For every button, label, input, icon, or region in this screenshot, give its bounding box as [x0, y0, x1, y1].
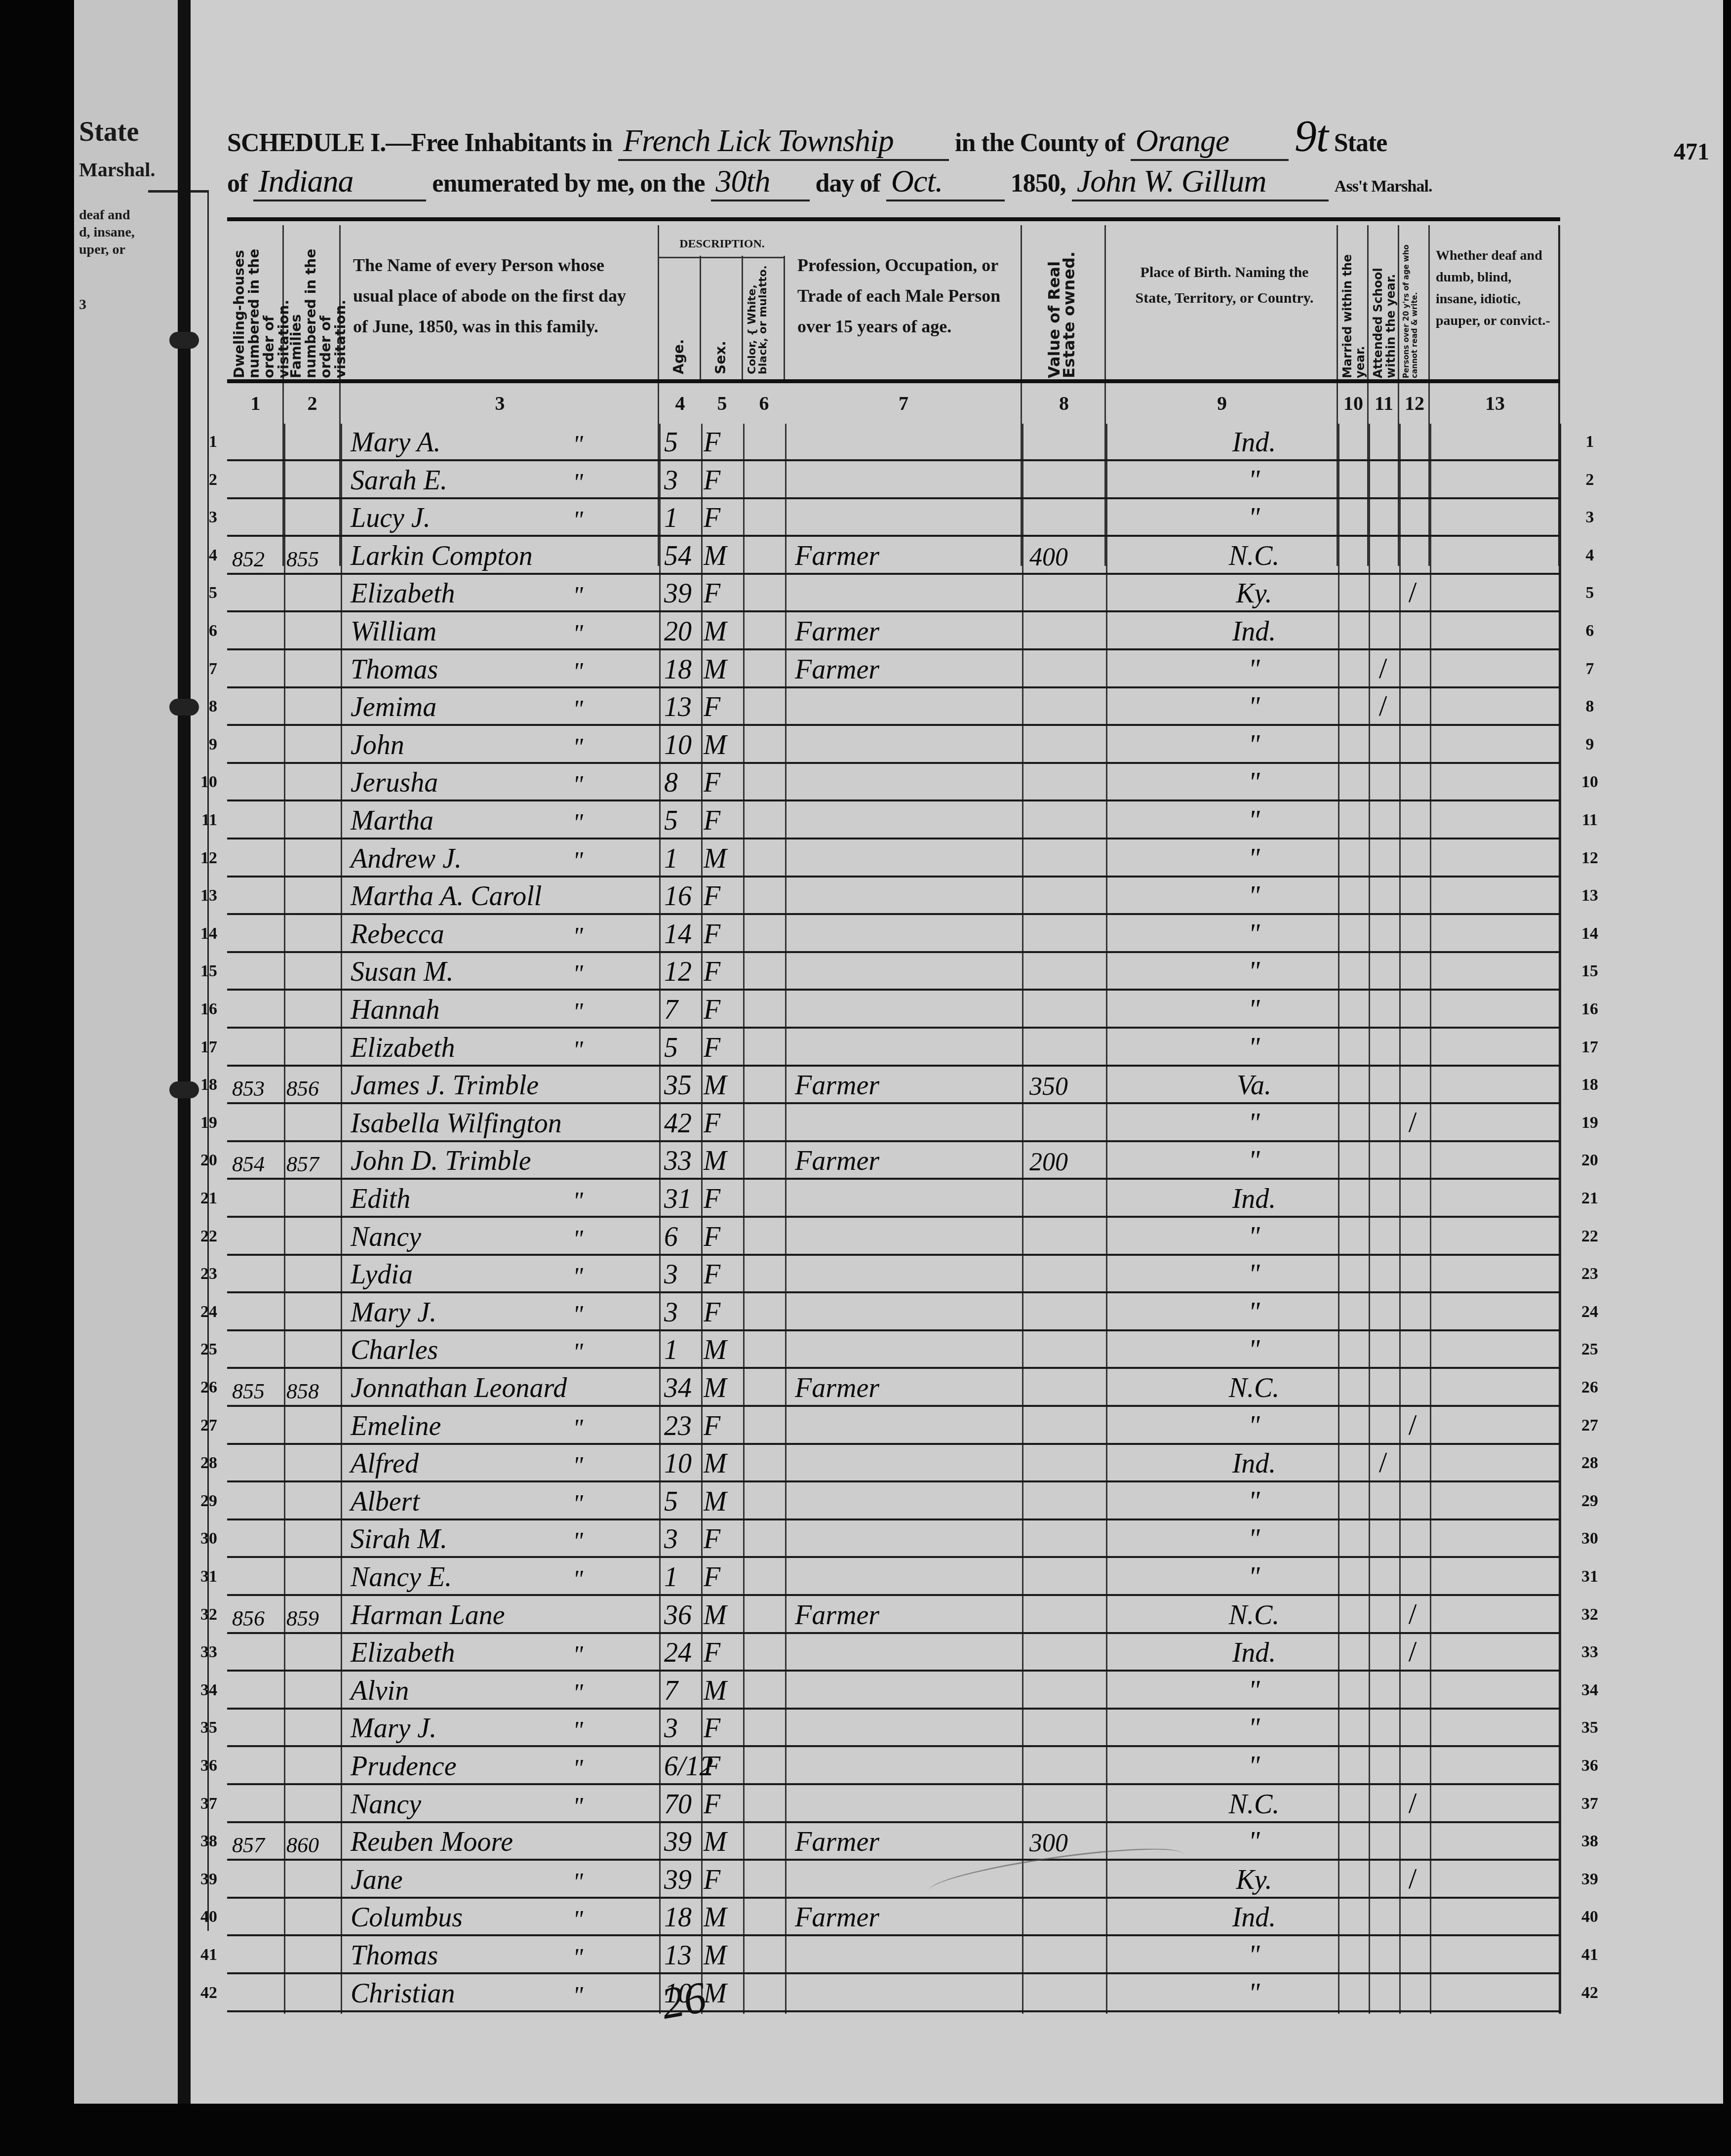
cannot-read-mark: /: [1398, 1637, 1427, 1669]
adjacent-column-number: 3: [79, 296, 86, 313]
person-name: Sirah M.: [351, 1523, 578, 1555]
dwelling-number: [232, 1221, 284, 1253]
school-mark: [1369, 843, 1397, 875]
person-name: Elizabeth: [351, 578, 578, 609]
census-form: Dwelling-houses numbered in the order of…: [227, 217, 1560, 1979]
occupation: [795, 1334, 992, 1366]
person-name: Sarah E.: [351, 465, 578, 496]
married-mark: [1339, 1523, 1368, 1555]
condition: [1432, 616, 1555, 647]
person-name: Martha A. Caroll: [351, 880, 578, 912]
school-mark: [1369, 1108, 1397, 1139]
school-mark: /: [1369, 1448, 1397, 1479]
cannot-read-mark: [1398, 843, 1427, 875]
birthplace: ": [1155, 1751, 1353, 1782]
family-number: [286, 1334, 341, 1366]
birthplace: N.C.: [1155, 1789, 1353, 1820]
table-row: 32 856 859 Harman Lane 36 M Farmer N.C. …: [227, 1597, 1560, 1634]
occupation: [795, 502, 992, 534]
school-mark: [1369, 1070, 1397, 1101]
surname-ditto: [573, 1070, 602, 1101]
cannot-read-mark: [1398, 1826, 1427, 1858]
sex: M: [704, 1826, 743, 1858]
real-estate-value: [1029, 1221, 1108, 1253]
occupation: Farmer: [795, 1145, 992, 1177]
real-estate-value: [1029, 1183, 1108, 1215]
age: 7: [664, 994, 704, 1026]
school-mark: [1369, 729, 1397, 761]
married-mark: [1339, 1448, 1368, 1479]
school-mark: [1369, 1334, 1397, 1366]
sex: F: [704, 1561, 743, 1593]
family-number: [286, 1940, 341, 1971]
cannot-read-mark: /: [1398, 1599, 1427, 1631]
county-field: Orange: [1131, 122, 1289, 161]
age: 13: [664, 691, 704, 723]
person-name: Isabella Wilfington: [351, 1108, 578, 1139]
sex: F: [704, 1523, 743, 1555]
line-number-right: 37: [1575, 1795, 1605, 1813]
condition: [1432, 1410, 1555, 1442]
married-mark: [1339, 1108, 1368, 1139]
real-estate-value: [1029, 1372, 1108, 1404]
school-mark: [1369, 1599, 1397, 1631]
school-mark: [1369, 1221, 1397, 1253]
sex: M: [704, 1070, 743, 1101]
real-estate-value: [1029, 1259, 1108, 1290]
surname-ditto: ": [573, 843, 602, 875]
real-estate-value: [1029, 880, 1108, 912]
dwelling-number: [232, 880, 284, 912]
table-row: 19 Isabella Wilfington 42 F " / 19: [227, 1105, 1560, 1142]
dwelling-number: [232, 1978, 284, 2009]
family-number: [286, 691, 341, 723]
birthplace: ": [1155, 994, 1353, 1026]
line-number-left: 10: [197, 773, 217, 792]
married-mark: [1339, 880, 1368, 912]
person-name: Hannah: [351, 994, 578, 1026]
table-row: 25 Charles " 1 M " 25: [227, 1331, 1560, 1369]
cannot-read-mark: /: [1398, 1108, 1427, 1139]
occupation: [795, 843, 992, 875]
person-name: Jane: [351, 1864, 578, 1896]
column-number: 6: [743, 392, 785, 415]
sex: F: [704, 805, 743, 837]
birthplace: ": [1155, 767, 1353, 799]
birthplace: Ind.: [1155, 1902, 1353, 1933]
month-field: Oct.: [886, 163, 1005, 201]
real-estate-value: [1029, 1599, 1108, 1631]
cannot-read-mark: [1398, 1145, 1427, 1177]
sex: M: [704, 616, 743, 647]
column-number: 7: [785, 392, 1022, 415]
family-number: [286, 1448, 341, 1479]
birthplace: ": [1155, 1940, 1353, 1971]
dwelling-number: [232, 1259, 284, 1290]
cannot-read-mark: [1398, 1032, 1427, 1064]
line-number-left: 38: [197, 1832, 217, 1851]
table-row: 31 Nancy E. " 1 F " 31: [227, 1558, 1560, 1596]
adjacent-header-line: uper, or: [79, 242, 125, 258]
family-number: [286, 427, 341, 458]
column-number: 10: [1338, 392, 1369, 415]
married-mark: [1339, 1675, 1368, 1707]
line-number-right: 25: [1575, 1340, 1605, 1359]
line-number-left: 15: [197, 962, 217, 981]
real-estate-value: [1029, 1523, 1108, 1555]
condition: [1432, 427, 1555, 458]
person-name: John: [351, 729, 578, 761]
condition: [1432, 1259, 1555, 1290]
surname-ditto: [573, 880, 602, 912]
married-mark: [1339, 1864, 1368, 1896]
age: 3: [664, 1297, 704, 1328]
age: 1: [664, 502, 704, 534]
school-mark: [1369, 1145, 1397, 1177]
line-number-left: 29: [197, 1492, 217, 1511]
condition: [1432, 767, 1555, 799]
age: 10: [664, 729, 704, 761]
person-name: Mary J.: [351, 1713, 578, 1744]
dwelling-number: [232, 616, 284, 647]
school-mark: [1369, 994, 1397, 1026]
line-number-right: 21: [1575, 1189, 1605, 1208]
surname-ditto: ": [573, 1523, 602, 1555]
sex: M: [704, 1940, 743, 1971]
sex: F: [704, 1297, 743, 1328]
footer-annotation: 26: [658, 1972, 710, 2030]
adjacent-header-line: deaf and: [79, 207, 130, 223]
real-estate-value: [1029, 1032, 1108, 1064]
line-number-right: 39: [1575, 1870, 1605, 1889]
sex: M: [704, 1902, 743, 1933]
age: 70: [664, 1789, 704, 1820]
cannot-read-mark: [1398, 465, 1427, 496]
condition: [1432, 502, 1555, 534]
line-number-right: 7: [1575, 660, 1605, 679]
column-number: 4: [659, 392, 701, 415]
occupation: [795, 1940, 992, 1971]
table-row: 39 Jane " 39 F Ky. / 39: [227, 1861, 1560, 1899]
family-number: [286, 1523, 341, 1555]
person-name: Harman Lane: [351, 1599, 578, 1631]
birthplace: ": [1155, 1221, 1353, 1253]
occupation: [795, 918, 992, 950]
age: 6: [664, 1221, 704, 1253]
married-mark: [1339, 1751, 1368, 1782]
real-estate-value: 350: [1029, 1070, 1108, 1101]
line-number-left: 9: [197, 735, 217, 754]
age: 10: [664, 1448, 704, 1479]
age: 3: [664, 1259, 704, 1290]
line-number-right: 13: [1575, 886, 1605, 905]
year-label: 1850,: [1011, 169, 1066, 198]
occupation: [795, 1448, 992, 1479]
person-name: Emeline: [351, 1410, 578, 1442]
occupation: [795, 805, 992, 837]
table-row: 12 Andrew J. " 1 M " 12: [227, 840, 1560, 878]
surname-ditto: ": [573, 465, 602, 496]
family-number: [286, 1032, 341, 1064]
occupation: [795, 1108, 992, 1139]
line-number-left: 31: [197, 1567, 217, 1586]
birthplace: ": [1155, 1675, 1353, 1707]
occupation: Farmer: [795, 540, 992, 572]
married-mark: [1339, 502, 1368, 534]
dwelling-number: [232, 1713, 284, 1744]
day-of-label: day of: [816, 169, 880, 198]
occupation: [795, 1637, 992, 1669]
occupation: [795, 1751, 992, 1782]
birthplace: ": [1155, 1561, 1353, 1593]
line-number-left: 14: [197, 924, 217, 943]
condition: [1432, 691, 1555, 723]
school-mark: [1369, 1259, 1397, 1290]
surname-ditto: ": [573, 918, 602, 950]
condition: [1432, 1675, 1555, 1707]
family-number: [286, 1108, 341, 1139]
married-mark: [1339, 1070, 1368, 1101]
birthplace: ": [1155, 1486, 1353, 1517]
cannot-read-mark: [1398, 1297, 1427, 1328]
table-row: 37 Nancy " 70 F N.C. / 37: [227, 1786, 1560, 1823]
line-number-left: 35: [197, 1718, 217, 1737]
surname-ditto: ": [573, 994, 602, 1026]
sex: M: [704, 843, 743, 875]
dwelling-number: [232, 1675, 284, 1707]
line-number-left: 41: [197, 1946, 217, 1964]
person-name: Prudence: [351, 1751, 578, 1782]
cannot-read-mark: [1398, 1448, 1427, 1479]
condition: [1432, 1070, 1555, 1101]
line-number-left: 28: [197, 1454, 217, 1473]
table-row: 6 William " 20 M Farmer Ind. 6: [227, 613, 1560, 650]
condition: [1432, 1713, 1555, 1744]
dwelling-number: [232, 654, 284, 685]
birthplace: Va.: [1155, 1070, 1353, 1101]
line-number-right: 41: [1575, 1946, 1605, 1964]
person-name: Christian: [351, 1978, 578, 2009]
line-number-left: 32: [197, 1605, 217, 1624]
birthplace: Ind.: [1155, 1448, 1353, 1479]
condition: [1432, 805, 1555, 837]
line-number-right: 17: [1575, 1038, 1605, 1057]
occupation: [795, 1183, 992, 1215]
condition: [1432, 540, 1555, 572]
surname-ditto: ": [573, 578, 602, 609]
real-estate-value: [1029, 1334, 1108, 1366]
cannot-read-mark: [1398, 691, 1427, 723]
person-name: Thomas: [351, 1940, 578, 1971]
sex: M: [704, 1372, 743, 1404]
line-number-right: 24: [1575, 1303, 1605, 1321]
family-number: [286, 1637, 341, 1669]
real-estate-value: [1029, 1561, 1108, 1593]
surname-ditto: ": [573, 427, 602, 458]
family-number: [286, 1221, 341, 1253]
sex: F: [704, 465, 743, 496]
condition: [1432, 880, 1555, 912]
adjacent-page-strip: State Marshal. deaf and d, insane, uper,…: [74, 0, 178, 2104]
line-number-left: 24: [197, 1303, 217, 1321]
header-col-5: Sex.: [701, 256, 743, 379]
header-col-6: Color, { White, black, or mulatto.: [743, 256, 785, 379]
line-number-right: 2: [1575, 471, 1605, 489]
school-mark: [1369, 1940, 1397, 1971]
school-mark: [1369, 918, 1397, 950]
real-estate-value: [1029, 805, 1108, 837]
schedule-label: SCHEDULE I.—Free Inhabitants in: [227, 129, 612, 157]
school-mark: /: [1369, 691, 1397, 723]
table-row: 20 854 857 John D. Trimble 33 M Farmer 2…: [227, 1142, 1560, 1180]
binding-bolt-icon: [169, 699, 199, 716]
column-number: 13: [1430, 392, 1560, 415]
condition: [1432, 465, 1555, 496]
birthplace: N.C.: [1155, 1599, 1353, 1631]
county-label: in the County of: [955, 129, 1125, 157]
occupation: [795, 1032, 992, 1064]
age: 12: [664, 956, 704, 988]
line-number-left: 37: [197, 1795, 217, 1813]
birthplace: N.C.: [1155, 1372, 1353, 1404]
condition: [1432, 1864, 1555, 1896]
condition: [1432, 1297, 1555, 1328]
married-mark: [1339, 1372, 1368, 1404]
family-number: 858: [286, 1372, 341, 1404]
birthplace: ": [1155, 805, 1353, 837]
condition: [1432, 843, 1555, 875]
person-name: Larkin Compton: [351, 540, 578, 572]
header-col-4: Age.: [659, 256, 701, 379]
birthplace: Ind.: [1155, 427, 1353, 458]
birthplace: ": [1155, 465, 1353, 496]
dwelling-number: 853: [232, 1070, 284, 1101]
dwelling-number: 856: [232, 1599, 284, 1631]
married-mark: [1339, 1032, 1368, 1064]
surname-ditto: [573, 1145, 602, 1177]
family-number: [286, 880, 341, 912]
dwelling-number: [232, 1751, 284, 1782]
adjacent-title-fragment: State: [79, 116, 139, 148]
marshal-name-field: John W. Gillum: [1072, 163, 1329, 201]
school-mark: [1369, 502, 1397, 534]
surname-ditto: ": [573, 1713, 602, 1744]
married-mark: [1339, 1334, 1368, 1366]
birthplace: ": [1155, 691, 1353, 723]
person-name: Nancy: [351, 1789, 578, 1820]
line-number-left: 27: [197, 1416, 217, 1435]
person-name: Nancy E.: [351, 1561, 578, 1593]
person-name: Mary J.: [351, 1297, 578, 1328]
line-number-right: 18: [1575, 1076, 1605, 1094]
column-number: 3: [341, 392, 659, 415]
cannot-read-mark: [1398, 1221, 1427, 1253]
family-number: [286, 1864, 341, 1896]
person-name: Elizabeth: [351, 1032, 578, 1064]
birthplace: Ind.: [1155, 1183, 1353, 1215]
real-estate-value: [1029, 1637, 1108, 1669]
surname-ditto: [573, 1108, 602, 1139]
cannot-read-mark: /: [1398, 578, 1427, 609]
line-number-left: 36: [197, 1757, 217, 1775]
school-mark: [1369, 540, 1397, 572]
occupation: [795, 729, 992, 761]
sex: F: [704, 1637, 743, 1669]
married-mark: [1339, 1486, 1368, 1517]
condition: [1432, 1145, 1555, 1177]
line-number-right: 33: [1575, 1643, 1605, 1662]
surname-ditto: ": [573, 1032, 602, 1064]
sex: F: [704, 880, 743, 912]
surname-ditto: ": [573, 1297, 602, 1328]
real-estate-value: [1029, 502, 1108, 534]
birthplace: ": [1155, 880, 1353, 912]
married-mark: [1339, 654, 1368, 685]
column-number: 2: [284, 392, 341, 415]
school-mark: [1369, 1751, 1397, 1782]
birthplace: ": [1155, 1108, 1353, 1139]
married-mark: [1339, 805, 1368, 837]
sex: F: [704, 918, 743, 950]
cannot-read-mark: [1398, 805, 1427, 837]
person-name: Alfred: [351, 1448, 578, 1479]
dwelling-number: [232, 1637, 284, 1669]
occupation: [795, 1221, 992, 1253]
family-number: [286, 654, 341, 685]
state-label: State: [1334, 129, 1387, 157]
married-mark: [1339, 1940, 1368, 1971]
binding-bolt-icon: [169, 1081, 199, 1098]
line-number-left: 11: [197, 811, 217, 830]
line-number-left: 5: [197, 584, 217, 602]
family-number: [286, 502, 341, 534]
age: 8: [664, 767, 704, 799]
table-row: 5 Elizabeth " 39 F Ky. / 5: [227, 575, 1560, 612]
person-name: Lucy J.: [351, 502, 578, 534]
real-estate-value: [1029, 956, 1108, 988]
surname-ditto: ": [573, 805, 602, 837]
line-number-right: 40: [1575, 1908, 1605, 1926]
occupation: [795, 427, 992, 458]
line-number-right: 8: [1575, 697, 1605, 716]
birthplace: ": [1155, 1713, 1353, 1744]
cannot-read-mark: [1398, 1372, 1427, 1404]
birthplace: ": [1155, 654, 1353, 685]
condition: [1432, 1032, 1555, 1064]
real-estate-value: [1029, 1940, 1108, 1971]
real-estate-value: [1029, 1675, 1108, 1707]
condition: [1432, 1826, 1555, 1858]
surname-ditto: ": [573, 1448, 602, 1479]
condition: [1432, 1108, 1555, 1139]
school-mark: [1369, 1789, 1397, 1820]
dwelling-number: [232, 578, 284, 609]
married-mark: [1339, 767, 1368, 799]
surname-ditto: ": [573, 956, 602, 988]
age: 5: [664, 427, 704, 458]
cannot-read-mark: [1398, 1978, 1427, 2009]
surname-ditto: ": [573, 1410, 602, 1442]
table-row: 13 Martha A. Caroll 16 F " 13: [227, 878, 1560, 915]
line-number-left: 3: [197, 508, 217, 527]
age: 24: [664, 1637, 704, 1669]
sex: M: [704, 1448, 743, 1479]
occupation: Farmer: [795, 616, 992, 647]
age: 5: [664, 805, 704, 837]
sex: F: [704, 1410, 743, 1442]
school-mark: [1369, 1675, 1397, 1707]
condition: [1432, 994, 1555, 1026]
